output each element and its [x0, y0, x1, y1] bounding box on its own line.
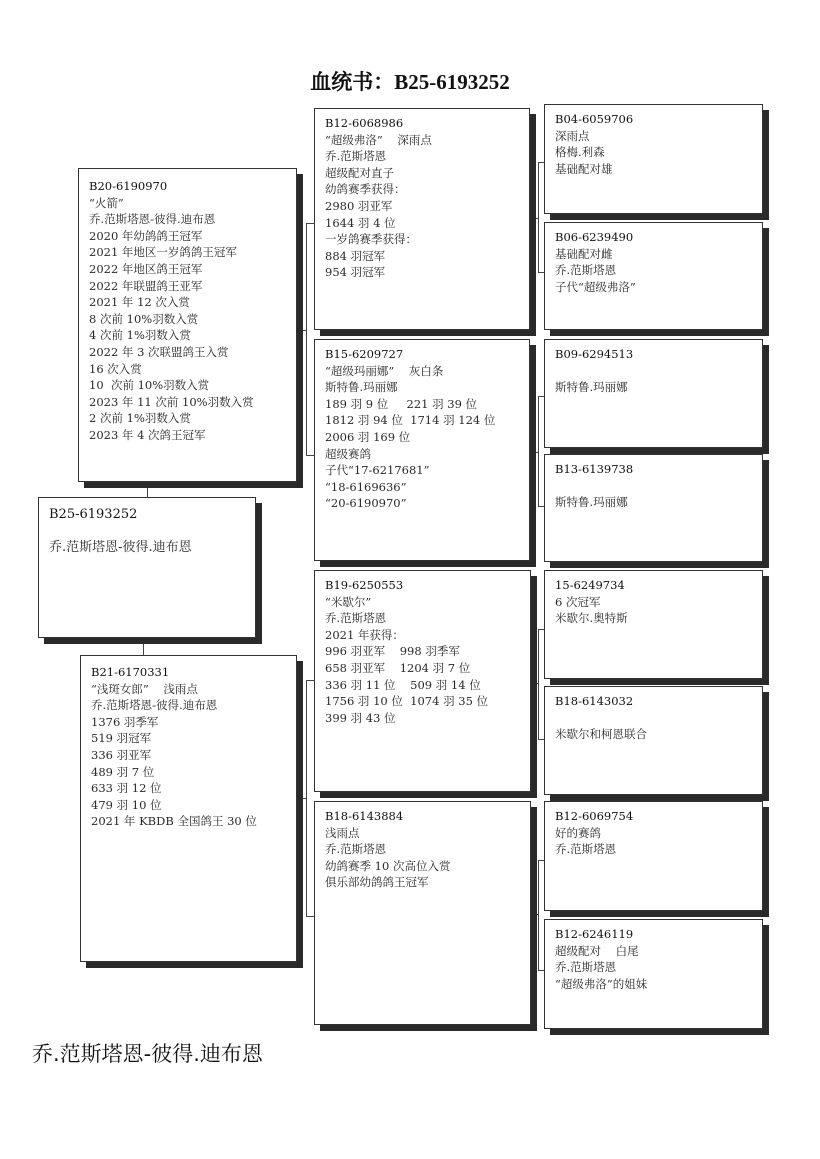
ring-number: B09-6294513	[555, 346, 752, 363]
connector-gp3-bracket	[530, 683, 538, 684]
great-grandparent-line: 乔.范斯塔恩	[555, 841, 752, 858]
connector-gp1-bracket	[530, 218, 538, 219]
ring-number: B04-6059706	[555, 111, 752, 128]
grandparent-line: “18-6169636”	[325, 479, 519, 496]
sire-line: “火箭”	[89, 195, 286, 212]
grandparent-line: 浅雨点	[325, 825, 520, 842]
great-grandparent-line: 超级配对 白尾	[555, 943, 752, 960]
grandparent-card-4: B18-6143884 浅雨点 乔.范斯塔恩 幼鸽赛季 10 次高位入赏 俱乐部…	[314, 801, 531, 1025]
sire-line: 4 次前 1%羽数入赏	[89, 327, 286, 344]
dam-line: 519 羽冠军	[91, 730, 286, 747]
grandparent-line: 2006 羽 169 位	[325, 429, 519, 446]
grandparent-line: 俱乐部幼鸽鸽王冠军	[325, 874, 520, 891]
grandparent-line: 一岁鸽赛季获得：	[325, 231, 519, 248]
connector-subject-dam	[143, 642, 144, 656]
sire-line: 乔.范斯塔恩-彼得.迪布恩	[89, 211, 286, 228]
great-grandparent-line: 基础配对雄	[555, 161, 752, 178]
grandparent-line: 658 羽亚军 1204 羽 7 位	[325, 660, 520, 677]
sire-line: 2020 年幼鸽鸽王冠军	[89, 228, 286, 245]
sire-line: 2021 年地区一岁鸽鸽王冠军	[89, 244, 286, 261]
great-grandparent-line: 斯特鲁.玛丽娜	[555, 494, 752, 511]
ring-number: B20-6190970	[89, 178, 286, 195]
grandparent-line: 2980 羽亚军	[325, 198, 519, 215]
ring-number: B21-6170331	[91, 664, 286, 681]
connector-sire-bracket	[297, 330, 306, 331]
ring-number: B12-6069754	[555, 808, 752, 825]
ring-number: B12-6246119	[555, 926, 752, 943]
grandparent-card-1: B12-6068986 “超级弗洛” 深雨点 乔.范斯塔恩 超级配对直子 幼鸽赛…	[314, 108, 530, 330]
great-grandparent-card-8: B12-6246119 超级配对 白尾 乔.范斯塔恩 “超级弗洛”的姐妹	[544, 919, 763, 1029]
grandparent-line: “超级玛丽娜” 灰白条	[325, 363, 519, 380]
connector-dam-bracket-v	[306, 680, 307, 916]
dam-line: 479 羽 10 位	[91, 797, 286, 814]
grandparent-line: 子代“17-6217681”	[325, 462, 519, 479]
great-grandparent-line: 6 次冠军	[555, 594, 752, 611]
sire-line: 2022 年联盟鸽王亚军	[89, 278, 286, 295]
ring-number: B06-6239490	[555, 229, 752, 246]
grandparent-line: “米歇尔”	[325, 594, 520, 611]
dam-line: “浅斑女郎” 浅雨点	[91, 681, 286, 698]
connector-dam-bracket	[297, 798, 306, 799]
sire-line: 2 次前 1%羽数入赏	[89, 410, 286, 427]
great-grandparent-line: “超级弗洛”的姐妹	[555, 976, 752, 993]
connector-gp3-bracket-v	[538, 629, 539, 739]
grandparent-line: 乔.范斯塔恩	[325, 610, 520, 627]
great-grandparent-line: 乔.范斯塔恩	[555, 262, 752, 279]
connector-gp2-bracket	[530, 452, 538, 453]
grandparent-line: 乔.范斯塔恩	[325, 841, 520, 858]
subject-card: B25-6193252 乔.范斯塔恩-彼得.迪布恩	[38, 497, 256, 638]
owner-footer: 乔.范斯塔恩-彼得.迪布恩	[32, 1038, 263, 1068]
ring-number: B25-6193252	[49, 507, 245, 524]
sire-line: 2021 年 12 次入赏	[89, 294, 286, 311]
grandparent-line: 189 羽 9 位 221 羽 39 位	[325, 396, 519, 413]
connector-subject-sire	[147, 484, 148, 498]
sire-line: 8 次前 10%羽数入赏	[89, 311, 286, 328]
connector-gp4-bracket	[530, 914, 538, 915]
ring-number: B15-6209727	[325, 346, 519, 363]
grandparent-line: 336 羽 11 位 509 羽 14 位	[325, 677, 520, 694]
grandparent-line: 954 羽冠军	[325, 264, 519, 281]
sire-card: B20-6190970 “火箭” 乔.范斯塔恩-彼得.迪布恩 2020 年幼鸽鸽…	[78, 168, 297, 482]
grandparent-line: 399 羽 43 位	[325, 710, 520, 727]
connector-sire-gp2	[306, 455, 314, 456]
sire-line: 10 次前 10%羽数入赏	[89, 377, 286, 394]
great-grandparent-line: 乔.范斯塔恩	[555, 959, 752, 976]
great-grandparent-line: 基础配对雌	[555, 246, 752, 263]
grandparent-line: “超级弗洛” 深雨点	[325, 132, 519, 149]
connector-dam-gp3	[306, 680, 314, 681]
great-grandparent-card-3: B09-6294513 斯特鲁.玛丽娜	[544, 339, 763, 448]
great-grandparent-line: 子代“超级弗洛”	[555, 279, 752, 296]
grandparent-line: 超级配对直子	[325, 165, 519, 182]
pedigree-title: 血统书：B25-6193252	[0, 66, 820, 96]
great-grandparent-line: 格梅.利森	[555, 144, 752, 161]
dam-card: B21-6170331 “浅斑女郎” 浅雨点 乔.范斯塔恩-彼得.迪布恩 137…	[80, 655, 297, 962]
connector-gp4-bracket-v	[538, 860, 539, 970]
dam-line: 2021 年 KBDB 全国鸽王 30 位	[91, 813, 286, 830]
great-grandparent-line: 米歇尔和柯恩联合	[555, 726, 752, 743]
sire-line: 2022 年 3 次联盟鸽王入赏	[89, 344, 286, 361]
grandparent-line: 2021 年获得：	[325, 627, 520, 644]
dam-line: 489 羽 7 位	[91, 764, 286, 781]
grandparent-line: 996 羽亚军 998 羽季军	[325, 643, 520, 660]
connector-gp1-bracket-v	[538, 162, 539, 272]
ring-number: B18-6143032	[555, 693, 752, 710]
dam-line: 乔.范斯塔恩-彼得.迪布恩	[91, 697, 286, 714]
ring-number: B12-6068986	[325, 115, 519, 132]
dam-line: 633 羽 12 位	[91, 780, 286, 797]
grandparent-line: 1644 羽 4 位	[325, 215, 519, 232]
grandparent-line: 884 羽冠军	[325, 248, 519, 265]
great-grandparent-line: 斯特鲁.玛丽娜	[555, 379, 752, 396]
subject-owner: 乔.范斯塔恩-彼得.迪布恩	[49, 540, 245, 557]
grandparent-line: 1756 羽 10 位 1074 羽 35 位	[325, 693, 520, 710]
great-grandparent-card-7: B12-6069754 好的赛鸽 乔.范斯塔恩	[544, 801, 763, 911]
sire-line: 2023 年 4 次鸽王冠军	[89, 427, 286, 444]
grandparent-line: 幼鸽赛季获得：	[325, 181, 519, 198]
sire-line: 16 次入赏	[89, 361, 286, 378]
great-grandparent-line: 好的赛鸽	[555, 825, 752, 842]
connector-dam-gp4	[306, 916, 314, 917]
ring-number: B18-6143884	[325, 808, 520, 825]
grandparent-line: “20-6190970”	[325, 495, 519, 512]
grandparent-card-2: B15-6209727 “超级玛丽娜” 灰白条 斯特鲁.玛丽娜 189 羽 9 …	[314, 339, 530, 561]
sire-line: 2022 年地区鸽王冠军	[89, 261, 286, 278]
ring-number: 15-6249734	[555, 577, 752, 594]
grandparent-line: 斯特鲁.玛丽娜	[325, 379, 519, 396]
sire-line: 2023 年 11 次前 10%羽数入赏	[89, 394, 286, 411]
great-grandparent-card-1: B04-6059706 深雨点 格梅.利森 基础配对雄	[544, 104, 763, 214]
dam-line: 336 羽亚军	[91, 747, 286, 764]
great-grandparent-card-4: B13-6139738 斯特鲁.玛丽娜	[544, 454, 763, 562]
great-grandparent-card-2: B06-6239490 基础配对雌 乔.范斯塔恩 子代“超级弗洛”	[544, 222, 763, 330]
great-grandparent-card-5: 15-6249734 6 次冠军 米歇尔.奥特斯	[544, 570, 763, 679]
grandparent-line: 幼鸽赛季 10 次高位入赏	[325, 858, 520, 875]
great-grandparent-line: 米歇尔.奥特斯	[555, 610, 752, 627]
ring-number: B13-6139738	[555, 461, 752, 478]
grandparent-line: 乔.范斯塔恩	[325, 148, 519, 165]
great-grandparent-line: 深雨点	[555, 128, 752, 145]
grandparent-card-3: B19-6250553 “米歇尔” 乔.范斯塔恩 2021 年获得： 996 羽…	[314, 570, 531, 792]
grandparent-line: 超级赛鸽	[325, 446, 519, 463]
grandparent-line: 1812 羽 94 位 1714 羽 124 位	[325, 412, 519, 429]
dam-line: 1376 羽季军	[91, 714, 286, 731]
connector-sire-gp1	[306, 223, 314, 224]
ring-number: B19-6250553	[325, 577, 520, 594]
connector-gp2-bracket-v	[538, 396, 539, 506]
connector-sire-bracket-v	[306, 223, 307, 455]
great-grandparent-card-6: B18-6143032 米歇尔和柯恩联合	[544, 686, 763, 795]
